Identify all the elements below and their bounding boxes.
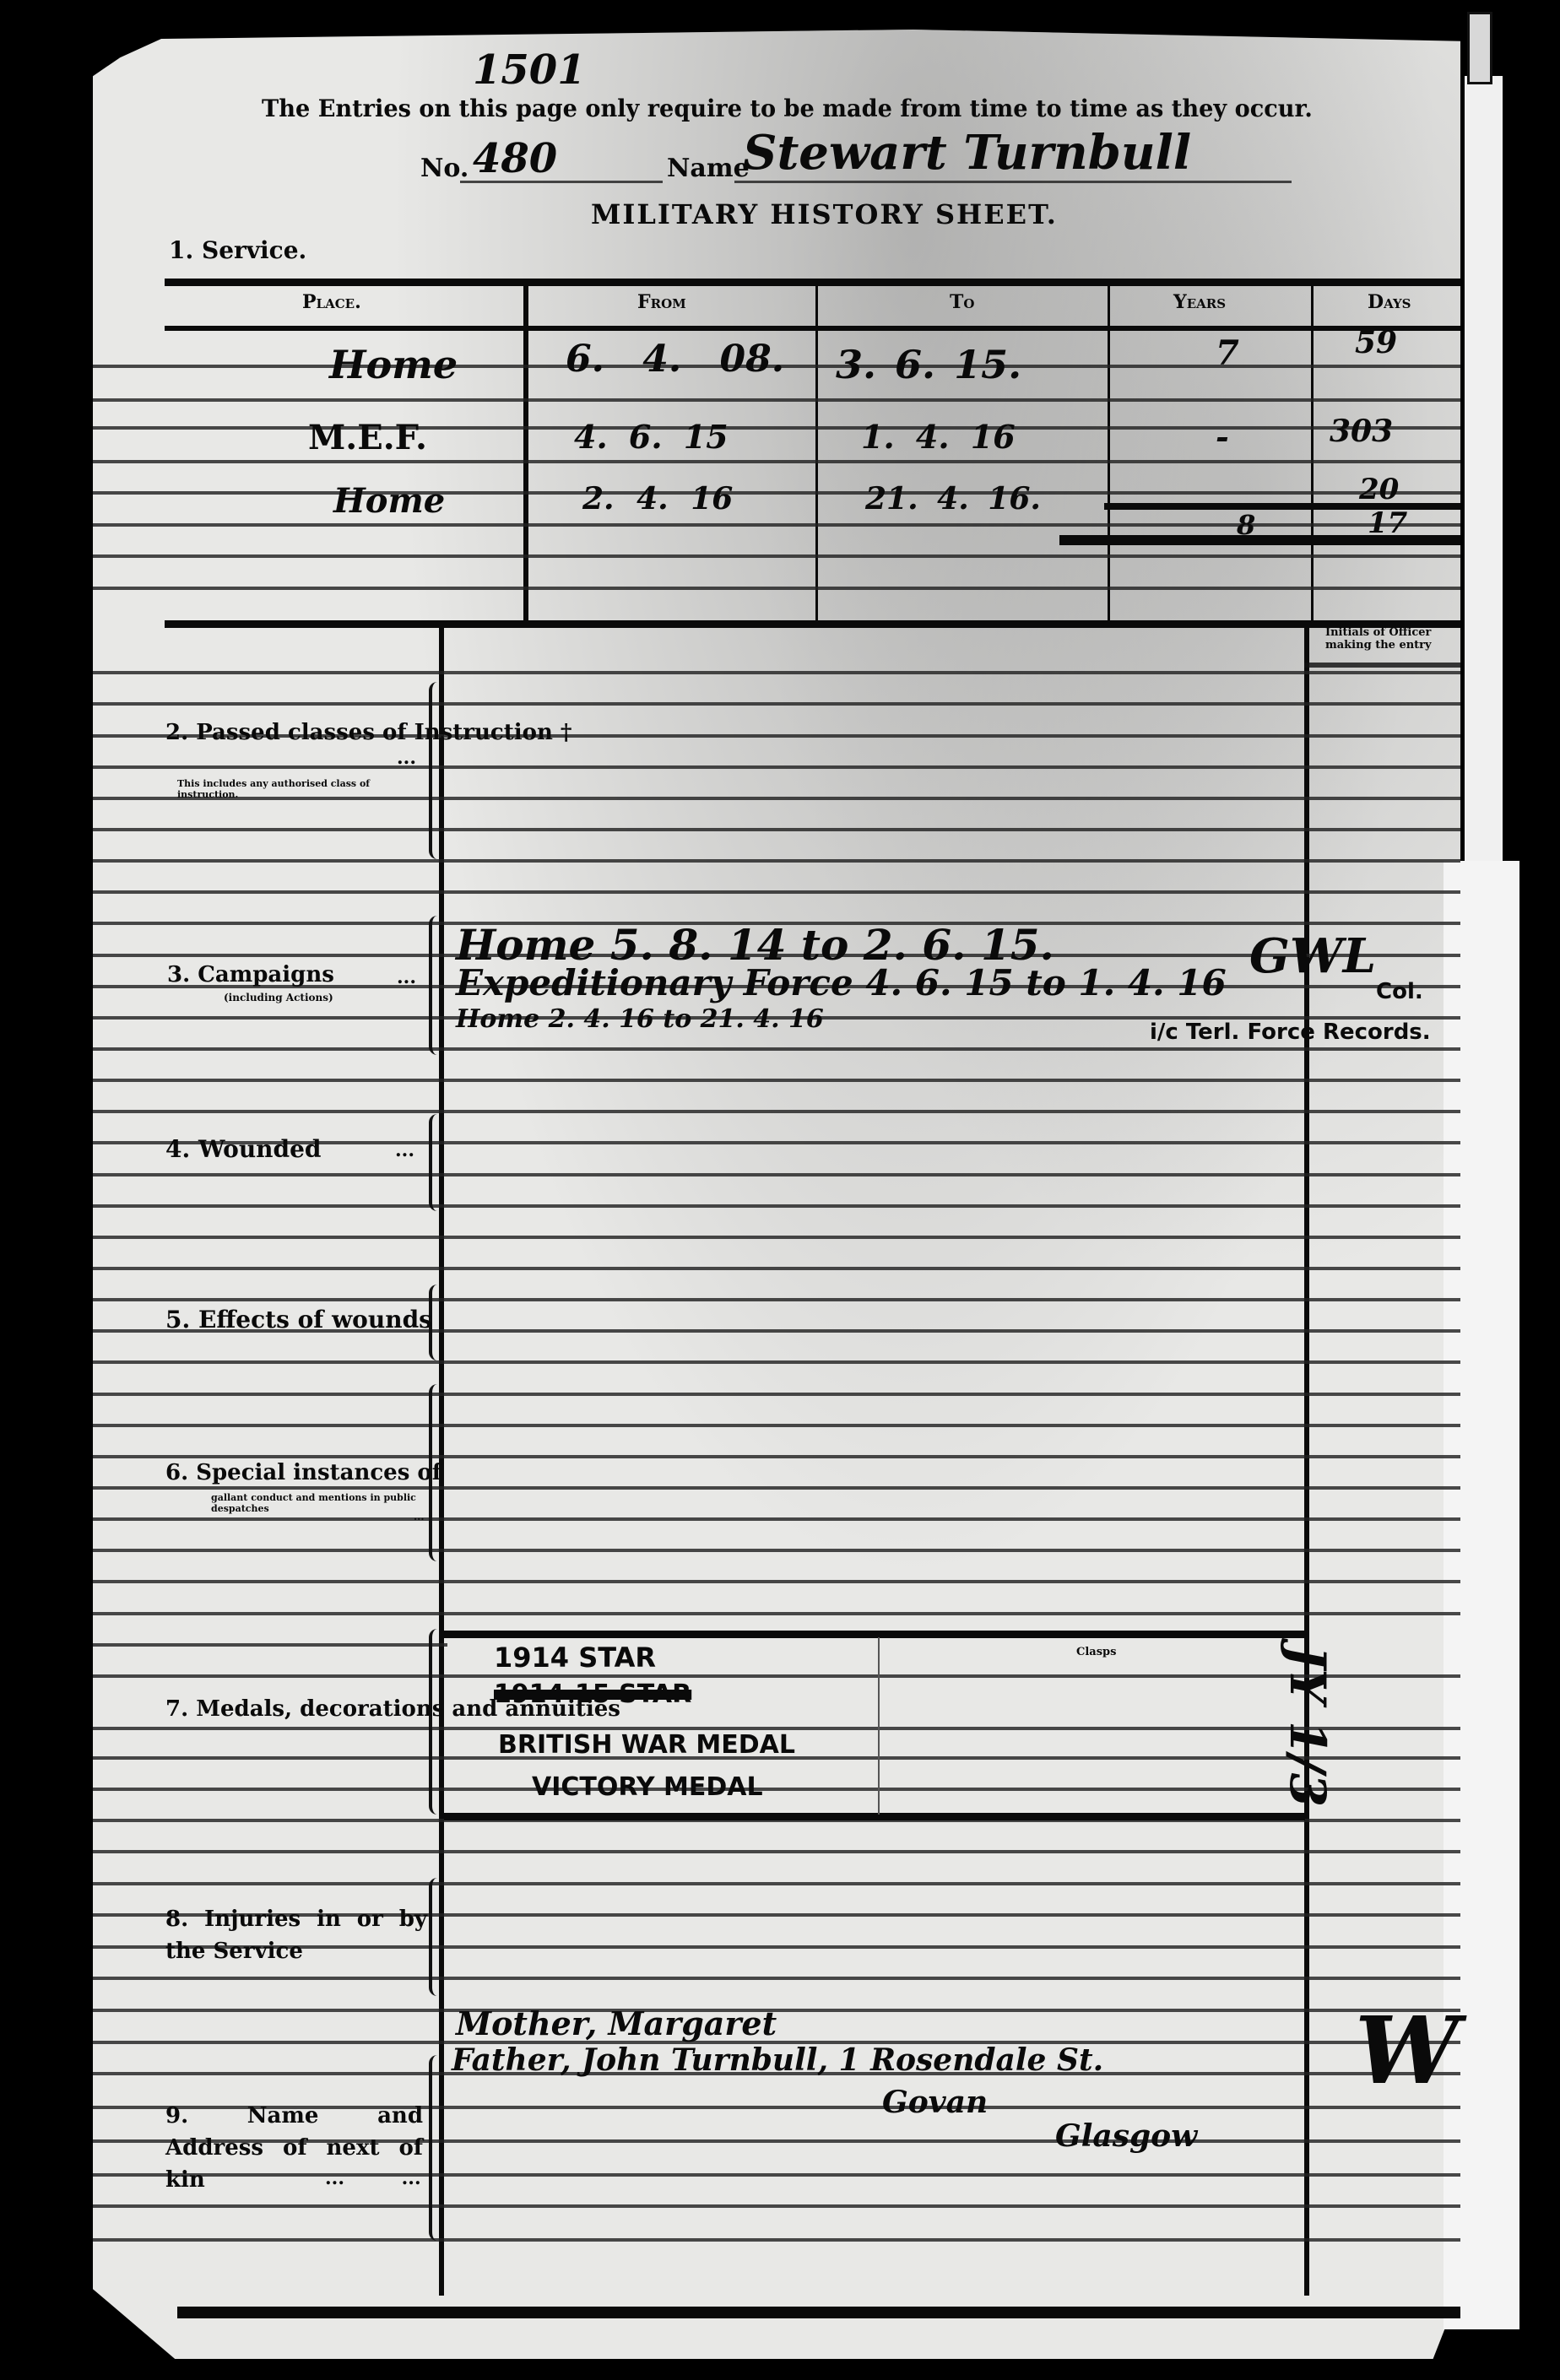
service-row-2-place: M.E.F.	[308, 418, 427, 457]
service-row-2-years: -	[1216, 418, 1229, 456]
name-label: Name	[667, 154, 750, 183]
number-label: No.	[420, 154, 469, 183]
col-place: Place.	[302, 291, 361, 313]
campaign-entry-2: Expeditionary Force 4. 6. 15 to 1. 4. 16	[456, 962, 1227, 1003]
binder-tab	[1467, 12, 1492, 84]
next-of-kin-initials: W	[1355, 1996, 1460, 2105]
name-value: Stewart Turnbull	[743, 125, 1191, 181]
section-2-label: 2. Passed classes of Instruction †	[165, 720, 572, 745]
service-row-3-days: 20	[1359, 473, 1399, 506]
records-stamp-office: i/c Terl. Force Records.	[1150, 1020, 1431, 1045]
section-3-note: (including Actions)	[224, 992, 333, 1003]
right-column-header: Initials of Officer making the entry	[1325, 626, 1452, 652]
campaign-entry-3: Home 2. 4. 16 to 21. 4. 16	[456, 1004, 824, 1034]
col-from: From	[637, 291, 686, 313]
next-of-kin-line-3: Govan	[882, 2085, 988, 2120]
paper-edge-strip	[1465, 76, 1503, 869]
section-6-note: gallant conduct and mentions in public d…	[211, 1492, 422, 1514]
section-5-label: 5. Effects of wounds	[165, 1306, 432, 1333]
service-row-1-from: 6. 4. 08.	[566, 338, 784, 381]
service-row-1-years: 7	[1216, 333, 1239, 373]
section-3-label: 3. Campaigns	[167, 962, 334, 987]
section-3-dots: ...	[397, 966, 416, 988]
section-8-label: 8. Injuries in or by the Service	[165, 1903, 427, 1967]
service-row-1-place: Home	[329, 342, 458, 387]
service-row-3-to: 21. 4. 16.	[865, 481, 1041, 517]
records-stamp-col: Col.	[1376, 979, 1423, 1004]
service-row-2-to: 1. 4. 16	[861, 418, 1016, 456]
section-service-label: 1. Service.	[169, 236, 306, 264]
service-total-years: 8	[1237, 509, 1255, 541]
service-row-1-to: 3. 6. 15.	[836, 342, 1021, 387]
service-total-days: 17	[1368, 506, 1407, 540]
col-to: To	[950, 291, 974, 313]
medal-clasps-header: Clasps	[1076, 1646, 1116, 1658]
section-2-note: This includes any authorised class of in…	[177, 778, 422, 800]
next-of-kin-line-4: Glasgow	[1055, 2118, 1197, 2154]
section-2-dots: ...	[397, 747, 416, 769]
service-row-2-days: 303	[1330, 414, 1393, 449]
service-row-3-place: Home	[333, 481, 445, 521]
service-row-1-days: 59	[1355, 325, 1397, 360]
section-4-dots: ...	[395, 1139, 414, 1161]
medal-british-war: BRITISH WAR MEDAL	[498, 1730, 795, 1760]
medal-initials: JY 1/3	[1279, 1646, 1336, 1807]
number-value: 480	[473, 135, 557, 182]
service-row-3-from: 2. 4. 16	[582, 481, 733, 517]
medal-1914-star: 1914 STAR	[494, 1642, 656, 1674]
next-of-kin-line-1: Mother, Margaret	[456, 2004, 777, 2042]
page-title: MILITARY HISTORY SHEET.	[591, 198, 1058, 230]
section-6-dots: ...	[414, 1511, 425, 1523]
service-row-2-from: 4. 6. 15	[574, 418, 729, 456]
section-9-dots: ... ...	[325, 2167, 421, 2189]
instruction-line: The Entries on this page only require to…	[262, 95, 1313, 122]
section-4-label: 4. Wounded	[165, 1135, 322, 1163]
col-years: Years	[1173, 291, 1226, 313]
section-6-label: 6. Special instances of	[165, 1460, 441, 1485]
col-days: Days	[1368, 291, 1411, 313]
medal-1914-15-star: 1914-15 STAR	[494, 1680, 691, 1709]
reference-number: 1501	[473, 46, 586, 94]
next-of-kin-line-2: Father, John Turnbull, 1 Rosendale St.	[452, 2042, 1103, 2078]
medal-victory: VICTORY MEDAL	[532, 1772, 763, 1802]
campaign-initials: GWL	[1249, 928, 1376, 984]
